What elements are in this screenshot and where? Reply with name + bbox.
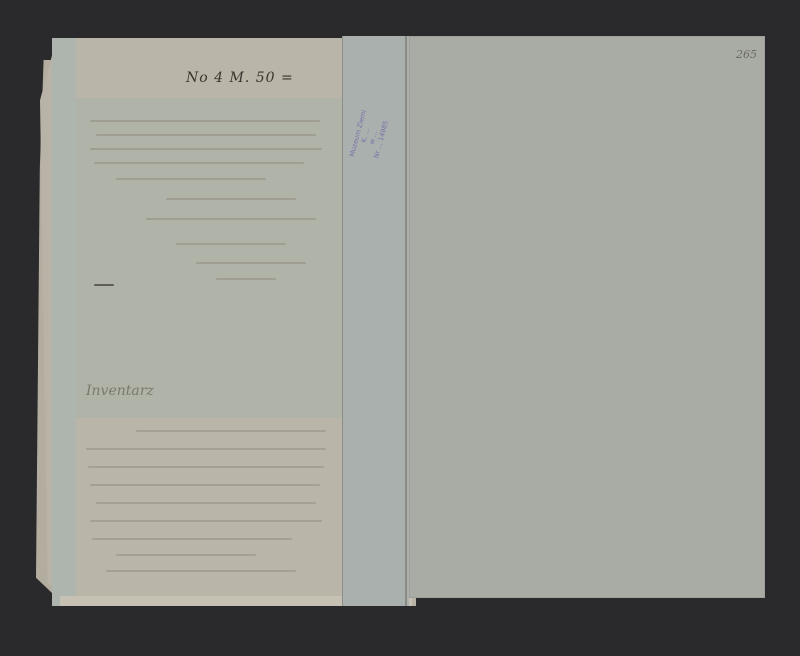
manuscript-line: [166, 198, 296, 200]
manuscript-line: [90, 120, 320, 122]
lower-heading: Inventarz: [86, 383, 154, 399]
manuscript-line: [106, 570, 296, 572]
left-leaf: No 4 M. 50 = Inventarz: [76, 38, 342, 606]
manuscript-line: [96, 502, 316, 504]
manuscript-line: [92, 538, 292, 540]
manuscript-line: [90, 484, 320, 486]
manuscript-line: [90, 520, 322, 522]
left-leaf-upper: [76, 98, 342, 418]
manuscript-line: [116, 178, 266, 180]
header-annotation: No 4 M. 50 =: [186, 70, 294, 86]
manuscript-line: [216, 278, 276, 280]
manuscript-line: [88, 466, 324, 468]
manuscript-line: [146, 218, 316, 220]
manuscript-line: [86, 448, 326, 450]
right-page: 265: [409, 36, 765, 598]
manuscript-line: [196, 262, 306, 264]
manuscript-line: [94, 162, 304, 164]
manuscript-line: [90, 148, 322, 150]
fold-strip: [52, 38, 77, 606]
folio-number: 265: [736, 48, 757, 61]
manuscript-line: [136, 430, 326, 432]
manuscript-line: [116, 554, 256, 556]
manuscript-line: [176, 243, 286, 245]
manuscript-line: [96, 134, 316, 136]
ink-mark: [94, 284, 114, 286]
